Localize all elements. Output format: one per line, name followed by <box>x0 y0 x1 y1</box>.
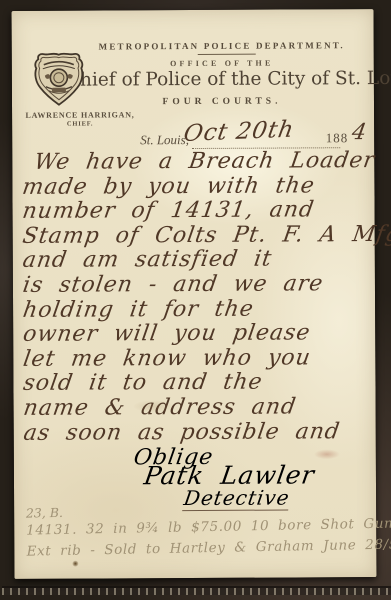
pencil-annotations: 23, B. 14131. 32 in 9¾ lb $75.00 10 bore… <box>26 498 391 559</box>
letterhead-address: FOUR COURTS. <box>74 96 370 108</box>
handwritten-line: owner will you please <box>21 321 377 347</box>
paper-speck <box>72 561 78 567</box>
ink-smudge <box>314 449 340 459</box>
police-badge-icon <box>32 51 86 109</box>
handwritten-year-digit: 4 <box>350 120 368 145</box>
handwritten-line: is stolen - and we are <box>21 272 377 298</box>
chief-title: CHIEF. <box>22 120 138 128</box>
album-binding-edge <box>2 586 391 595</box>
letterhead-title: Chief of Police of the City of St. Louis… <box>66 68 374 91</box>
handwritten-line: made by you with the <box>21 174 377 200</box>
printed-year-prefix: 188 <box>326 130 349 146</box>
handwritten-line: name & address and <box>22 395 378 421</box>
handwritten-line: let me know who you <box>21 346 377 372</box>
handwritten-line: holding it for the <box>21 297 377 323</box>
album-page-background: METROPOLITAN POLICE DEPARTMENT. OFFICE O… <box>0 0 391 600</box>
handwritten-line: Stamp of Colts Pt. F. A Mfg co <box>21 223 377 249</box>
letter-paper: METROPOLITAN POLICE DEPARTMENT. OFFICE O… <box>12 9 377 579</box>
handwritten-line: and am satisfied it <box>21 247 377 273</box>
handwritten-line: sold it to and the <box>22 370 378 396</box>
letter-body: We have a Breach Loader made by you with… <box>20 149 374 446</box>
handwritten-line: as soon as possible and <box>22 420 378 446</box>
handwritten-line: number of 14131, and <box>21 198 377 224</box>
handwritten-line: We have a Breach Loader <box>20 149 376 175</box>
handwritten-date: Oct 20th <box>182 117 297 147</box>
chief-name: LAWRENCE HARRIGAN, <box>22 110 138 120</box>
letterhead-office-of: OFFICE OF THE <box>74 58 370 69</box>
letterhead-rule <box>198 54 256 55</box>
letterhead-department: METROPOLITAN POLICE DEPARTMENT. <box>74 40 370 52</box>
